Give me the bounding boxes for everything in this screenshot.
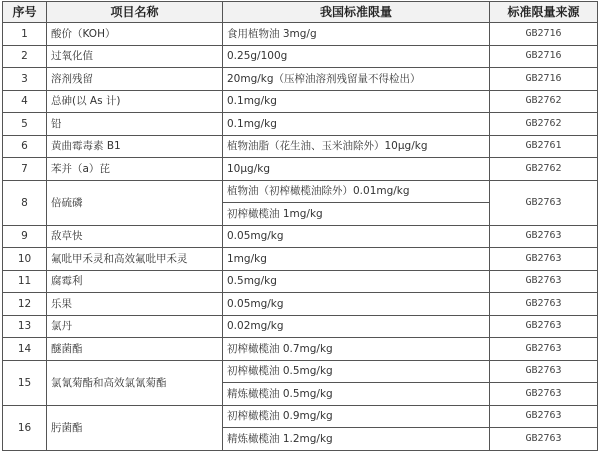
limit-value: 0.05mg/kg — [223, 225, 490, 248]
row-no: 12 — [3, 293, 47, 316]
table-row: 3 溶剂残留 20mg/kg（压榨油溶剂残留量不得检出） GB2716 — [3, 68, 598, 91]
item-name: 肟菌酯 — [47, 405, 223, 445]
limit-value: 0.1mg/kg — [223, 90, 490, 113]
limit-value: 精炼橄榄油 0.5mg/kg — [223, 383, 490, 406]
item-name: 酸价（KOH） — [47, 23, 223, 46]
item-name: 醚菌酯 — [47, 338, 223, 361]
source-standard: GB2763 — [490, 248, 598, 271]
table-row: 5 铅 0.1mg/kg GB2762 — [3, 113, 598, 136]
header-row: 序号 项目名称 我国标准限量 标准限量来源 — [3, 2, 598, 23]
table-row: 2 过氧化值 0.25g/100g GB2716 — [3, 45, 598, 68]
table-row: 13 氯丹 0.02mg/kg GB2763 — [3, 315, 598, 338]
item-name: 铅 — [47, 113, 223, 136]
row-no: 5 — [3, 113, 47, 136]
row-no: 13 — [3, 315, 47, 338]
limit-value: 0.25g/100g — [223, 45, 490, 68]
table-row: 4 总砷(以 As 计) 0.1mg/kg GB2762 — [3, 90, 598, 113]
header-limit: 我国标准限量 — [223, 2, 490, 23]
source-standard: GB2763 — [490, 360, 598, 383]
item-name: 苯并（a）芘 — [47, 158, 223, 181]
item-name: 腐霉利 — [47, 270, 223, 293]
table-row: 1 酸价（KOH） 食用植物油 3mg/g GB2716 — [3, 23, 598, 46]
table-row: 7 苯并（a）芘 10μg/kg GB2762 — [3, 158, 598, 181]
limit-value: 20mg/kg（压榨油溶剂残留量不得检出） — [223, 68, 490, 91]
source-standard: GB2763 — [490, 428, 598, 446]
row-no: 7 — [3, 158, 47, 181]
row-no: 6 — [3, 135, 47, 158]
row-no: 8 — [3, 180, 47, 225]
table-row: 6 黄曲霉毒素 B1 植物油脂（花生油、玉米油除外）10μg/kg GB2761 — [3, 135, 598, 158]
limit-value: 0.02mg/kg — [223, 315, 490, 338]
row-no: 1 — [3, 23, 47, 46]
limit-value: 初榨橄榄油 0.9mg/kg — [223, 405, 490, 428]
table-row: 9 敌草快 0.05mg/kg GB2763 — [3, 225, 598, 248]
row-no: 15 — [3, 360, 47, 405]
standards-table: 序号 项目名称 我国标准限量 标准限量来源 1 酸价（KOH） 食用植物油 3m… — [2, 1, 598, 445]
row-no: 14 — [3, 338, 47, 361]
item-name: 氟吡甲禾灵和高效氟吡甲禾灵 — [47, 248, 223, 271]
table-row: 14 醚菌酯 初榨橄榄油 0.7mg/kg GB2763 — [3, 338, 598, 361]
source-standard: GB2763 — [490, 270, 598, 293]
row-no: 11 — [3, 270, 47, 293]
item-name: 总砷(以 As 计) — [47, 90, 223, 113]
table-row: 10 氟吡甲禾灵和高效氟吡甲禾灵 1mg/kg GB2763 — [3, 248, 598, 271]
limit-value: 食用植物油 3mg/g — [223, 23, 490, 46]
limit-value: 0.05mg/kg — [223, 293, 490, 316]
item-name: 氯氰菊酯和高效氯氰菊酯 — [47, 360, 223, 405]
item-name: 黄曲霉毒素 B1 — [47, 135, 223, 158]
source-standard: GB2763 — [490, 315, 598, 338]
table-row: 15 氯氰菊酯和高效氯氰菊酯 初榨橄榄油 0.5mg/kg GB2763 — [3, 360, 598, 383]
source-standard: GB2763 — [490, 293, 598, 316]
source-standard: GB2763 — [490, 225, 598, 248]
limit-value: 植物油（初榨橄榄油除外）0.01mg/kg — [223, 180, 490, 203]
header-no: 序号 — [3, 2, 47, 23]
source-standard: GB2763 — [490, 405, 598, 428]
source-standard: GB2762 — [490, 90, 598, 113]
row-no: 16 — [3, 405, 47, 445]
row-no: 2 — [3, 45, 47, 68]
limit-value: 10μg/kg — [223, 158, 490, 181]
limit-value: 0.5mg/kg — [223, 270, 490, 293]
row-no: 4 — [3, 90, 47, 113]
item-name: 敌草快 — [47, 225, 223, 248]
source-standard: GB2716 — [490, 68, 598, 91]
item-name: 过氧化值 — [47, 45, 223, 68]
limit-value: 初榨橄榄油 0.5mg/kg — [223, 360, 490, 383]
row-no: 9 — [3, 225, 47, 248]
table-row: 8 倍硫磷 植物油（初榨橄榄油除外）0.01mg/kg GB2763 — [3, 180, 598, 203]
row-no: 3 — [3, 68, 47, 91]
table-row: 12 乐果 0.05mg/kg GB2763 — [3, 293, 598, 316]
limit-value: 初榨橄榄油 0.7mg/kg — [223, 338, 490, 361]
source-standard: GB2763 — [490, 338, 598, 361]
source-standard: GB2762 — [490, 158, 598, 181]
limit-value: 精炼橄榄油 1.2mg/kg — [223, 428, 490, 446]
limit-value: 植物油脂（花生油、玉米油除外）10μg/kg — [223, 135, 490, 158]
source-standard: GB2716 — [490, 45, 598, 68]
item-name: 氯丹 — [47, 315, 223, 338]
table-row: 16 肟菌酯 初榨橄榄油 0.9mg/kg GB2763 — [3, 405, 598, 428]
header-item-name: 项目名称 — [47, 2, 223, 23]
table-row: 11 腐霉利 0.5mg/kg GB2763 — [3, 270, 598, 293]
limit-value: 初榨橄榄油 1mg/kg — [223, 203, 490, 226]
source-standard: GB2763 — [490, 180, 598, 225]
row-no: 10 — [3, 248, 47, 271]
limit-value: 0.1mg/kg — [223, 113, 490, 136]
source-standard: GB2716 — [490, 23, 598, 46]
item-name: 溶剂残留 — [47, 68, 223, 91]
item-name: 倍硫磷 — [47, 180, 223, 225]
limit-value: 1mg/kg — [223, 248, 490, 271]
source-standard: GB2762 — [490, 113, 598, 136]
source-standard: GB2763 — [490, 383, 598, 406]
item-name: 乐果 — [47, 293, 223, 316]
source-standard: GB2761 — [490, 135, 598, 158]
header-source: 标准限量来源 — [490, 2, 598, 23]
